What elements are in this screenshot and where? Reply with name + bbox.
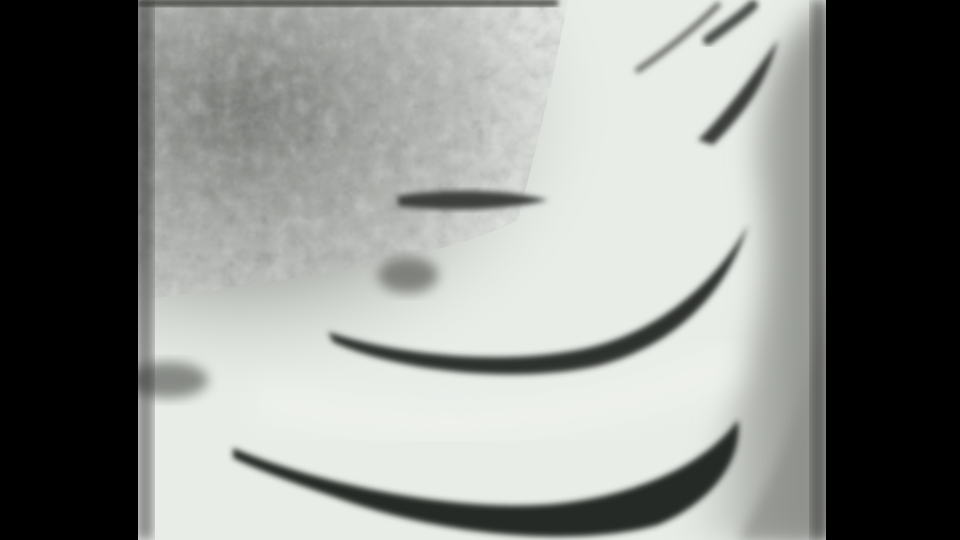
letterbox-frame	[0, 0, 960, 540]
photo-rendering	[138, 0, 826, 540]
photograph	[138, 0, 826, 540]
